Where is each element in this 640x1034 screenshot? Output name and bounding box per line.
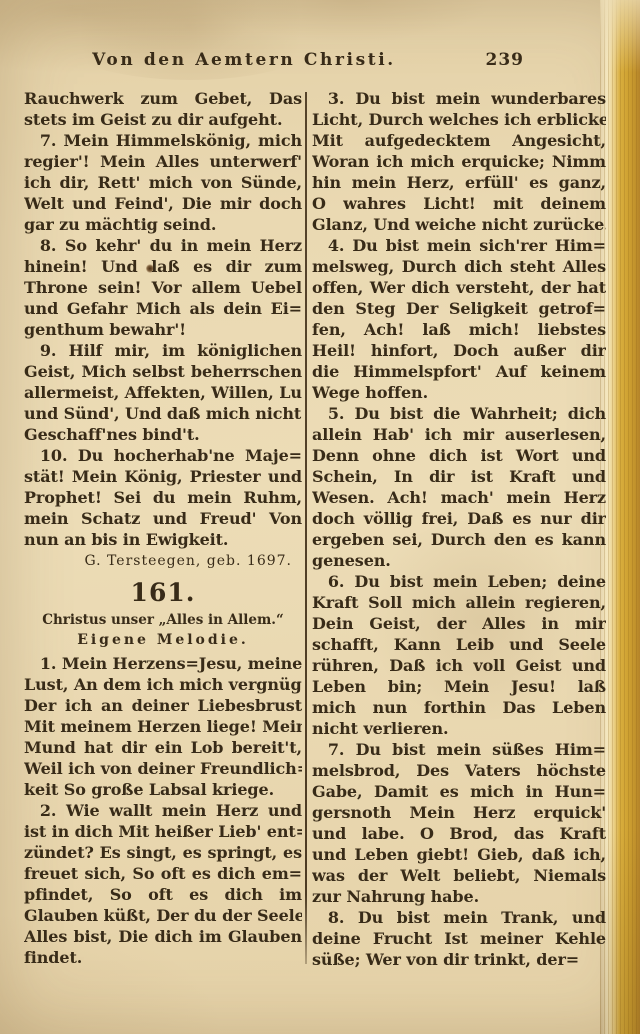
text-line: und Leben giebt! Gieb, daß ich, <box>312 844 606 865</box>
text-line: deine Frucht Ist meiner Kehle <box>312 928 606 949</box>
text-line: Gabe, Damit es mich in Hun= <box>312 781 606 802</box>
hymn-number-heading: 161. <box>24 578 302 608</box>
author-attribution: G. Tersteegen, geb. 1697. <box>24 550 302 572</box>
text-line: hin mein Herz, erfüll' es ganz, <box>312 172 606 193</box>
text-line: Mit aufgedecktem Angesicht, <box>312 130 606 151</box>
page-header: Von den Aemtern Christi. 239 <box>24 50 602 74</box>
text-line: melsweg, Durch dich steht Alles <box>312 256 606 277</box>
text-line: Prophet! Sei du mein Ruhm, <box>24 487 302 508</box>
text-line: Rauchwerk zum Gebet, Das <box>24 88 302 109</box>
text-line: findet. <box>24 947 302 968</box>
text-line: 4. Du bist mein sich'rer Him= <box>312 235 606 256</box>
text-line: und Sünd', Und daß mich nichts <box>24 403 302 424</box>
hymn-161-verses-continued: 3. Du bist mein wunderbaresLicht, Durch … <box>312 88 606 970</box>
text-line: 8. So kehr' du in mein Herz <box>24 235 302 256</box>
text-line: freuet sich, So oft es dich em= <box>24 863 302 884</box>
text-line: ergeben sei, Durch den es kann <box>312 529 606 550</box>
column-divider-rule <box>305 92 307 964</box>
text-line: Dein Geist, der Alles in mir <box>312 613 606 634</box>
text-line: Glauben küßt, Der du der Seele <box>24 905 302 926</box>
text-line: 3. Du bist mein wunderbares <box>312 88 606 109</box>
text-line: regier'! Mein Alles unterwerf' <box>24 151 302 172</box>
text-line: und labe. O Brod, das Kraft <box>312 823 606 844</box>
text-line: 1. Mein Herzens=Jesu, meine <box>24 653 302 674</box>
text-line: Throne sein! Vor allem Uebel <box>24 277 302 298</box>
text-line: rühren, Daß ich voll Geist und <box>312 655 606 676</box>
text-line: genthum bewahr'! <box>24 319 302 340</box>
text-line: Der ich an deiner Liebesbrust <box>24 695 302 716</box>
text-line: Heil! hinfort, Doch außer dir <box>312 340 606 361</box>
text-line: 7. Mein Himmelskönig, mich <box>24 130 302 151</box>
hymn-melody-line: Eigene Melodie. <box>24 630 302 650</box>
text-line: hinein! Und laß es dir zum <box>24 256 302 277</box>
text-line: Schein, In dir ist Kraft und <box>312 466 606 487</box>
text-line: schafft, Kann Leib und Seele <box>312 634 606 655</box>
text-line: Glanz, Und weiche nicht zurücke. <box>312 214 606 235</box>
text-line: offen, Wer dich versteht, der hat <box>312 277 606 298</box>
text-line: Wesen. Ach! mach' mein Herz <box>312 487 606 508</box>
text-line: gersnoth Mein Herz erquick' <box>312 802 606 823</box>
text-line: genesen. <box>312 550 606 571</box>
text-line: Wege hoffen. <box>312 382 606 403</box>
text-line: zur Nahrung habe. <box>312 886 606 907</box>
text-line: allermeist, Affekten, Willen, Lust <box>24 382 302 403</box>
text-line: nicht verlieren. <box>312 718 606 739</box>
page-number: 239 <box>486 50 525 70</box>
text-line: Licht, Durch welches ich erblicke <box>312 109 606 130</box>
book-page: Von den Aemtern Christi. 239 Rauchwerk z… <box>0 0 640 1034</box>
text-line: süße; Wer von dir trinkt, der= <box>312 949 606 970</box>
text-line: Mit meinem Herzen liege! Mein <box>24 716 302 737</box>
text-line: was der Welt beliebt, Niemals <box>312 865 606 886</box>
text-line: allein Hab' ich mir auserlesen, <box>312 424 606 445</box>
text-line: Lust, An dem ich mich vergnüge, <box>24 674 302 695</box>
text-line: fen, Ach! laß mich! liebstes <box>312 319 606 340</box>
text-line: nun an bis in Ewigkeit. <box>24 529 302 550</box>
text-line: Kraft Soll mich allein regieren, <box>312 592 606 613</box>
text-line: die Himmelspfort' Auf keinem <box>312 361 606 382</box>
text-line: Leben bin; Mein Jesu! laß <box>312 676 606 697</box>
text-line: zündet? Es singt, es springt, es <box>24 842 302 863</box>
text-line: mich nun forthin Das Leben <box>312 697 606 718</box>
text-line: stät! Mein König, Priester und <box>24 466 302 487</box>
hymn-title-caption: Christus unser „Alles in Allem.“ <box>24 610 302 630</box>
book-fore-edge <box>600 0 640 1034</box>
text-line: Mund hat dir ein Lob bereit't, <box>24 737 302 758</box>
text-line: Denn ohne dich ist Wort und <box>312 445 606 466</box>
text-line: O wahres Licht! mit deinem <box>312 193 606 214</box>
text-line: Weil ich von deiner Freundlich= <box>24 758 302 779</box>
text-line: ich dir, Rett' mich von Sünde, <box>24 172 302 193</box>
text-line: Geist, Mich selbst beherrschen <box>24 361 302 382</box>
running-title: Von den Aemtern Christi. <box>24 50 464 70</box>
text-line: pfindet, So oft es dich im <box>24 884 302 905</box>
text-line: melsbrod, Des Vaters höchste <box>312 760 606 781</box>
text-line: gar zu mächtig seind. <box>24 214 302 235</box>
text-line: Geschaff'nes bind't. <box>24 424 302 445</box>
text-line: mein Schatz und Freud' Von <box>24 508 302 529</box>
text-line: doch völlig frei, Daß es nur dir <box>312 508 606 529</box>
text-line: keit So große Labsal kriege. <box>24 779 302 800</box>
text-line: Alles bist, Die dich im Glauben <box>24 926 302 947</box>
text-line: 5. Du bist die Wahrheit; dich <box>312 403 606 424</box>
text-line: den Steg Der Seligkeit getrof= <box>312 298 606 319</box>
left-column: Rauchwerk zum Gebet, Dasstets im Geist z… <box>24 88 302 968</box>
text-line: 8. Du bist mein Trank, und <box>312 907 606 928</box>
text-line: 2. Wie wallt mein Herz und <box>24 800 302 821</box>
text-line: Welt und Feind', Die mir doch <box>24 193 302 214</box>
text-line: 7. Du bist mein süßes Him= <box>312 739 606 760</box>
text-line: stets im Geist zu dir aufgeht. <box>24 109 302 130</box>
right-column: 3. Du bist mein wunderbaresLicht, Durch … <box>312 88 606 970</box>
hymn-160-verses: Rauchwerk zum Gebet, Dasstets im Geist z… <box>24 88 302 550</box>
text-line: ist in dich Mit heißer Lieb' ent= <box>24 821 302 842</box>
text-line: 9. Hilf mir, im königlichen <box>24 340 302 361</box>
text-line: 6. Du bist mein Leben; deine <box>312 571 606 592</box>
text-line: und Gefahr Mich als dein Ei= <box>24 298 302 319</box>
text-line: Woran ich mich erquicke; Nimm <box>312 151 606 172</box>
hymn-161-verses: 1. Mein Herzens=Jesu, meineLust, An dem … <box>24 653 302 968</box>
text-line: 10. Du hocherhab'ne Maje= <box>24 445 302 466</box>
